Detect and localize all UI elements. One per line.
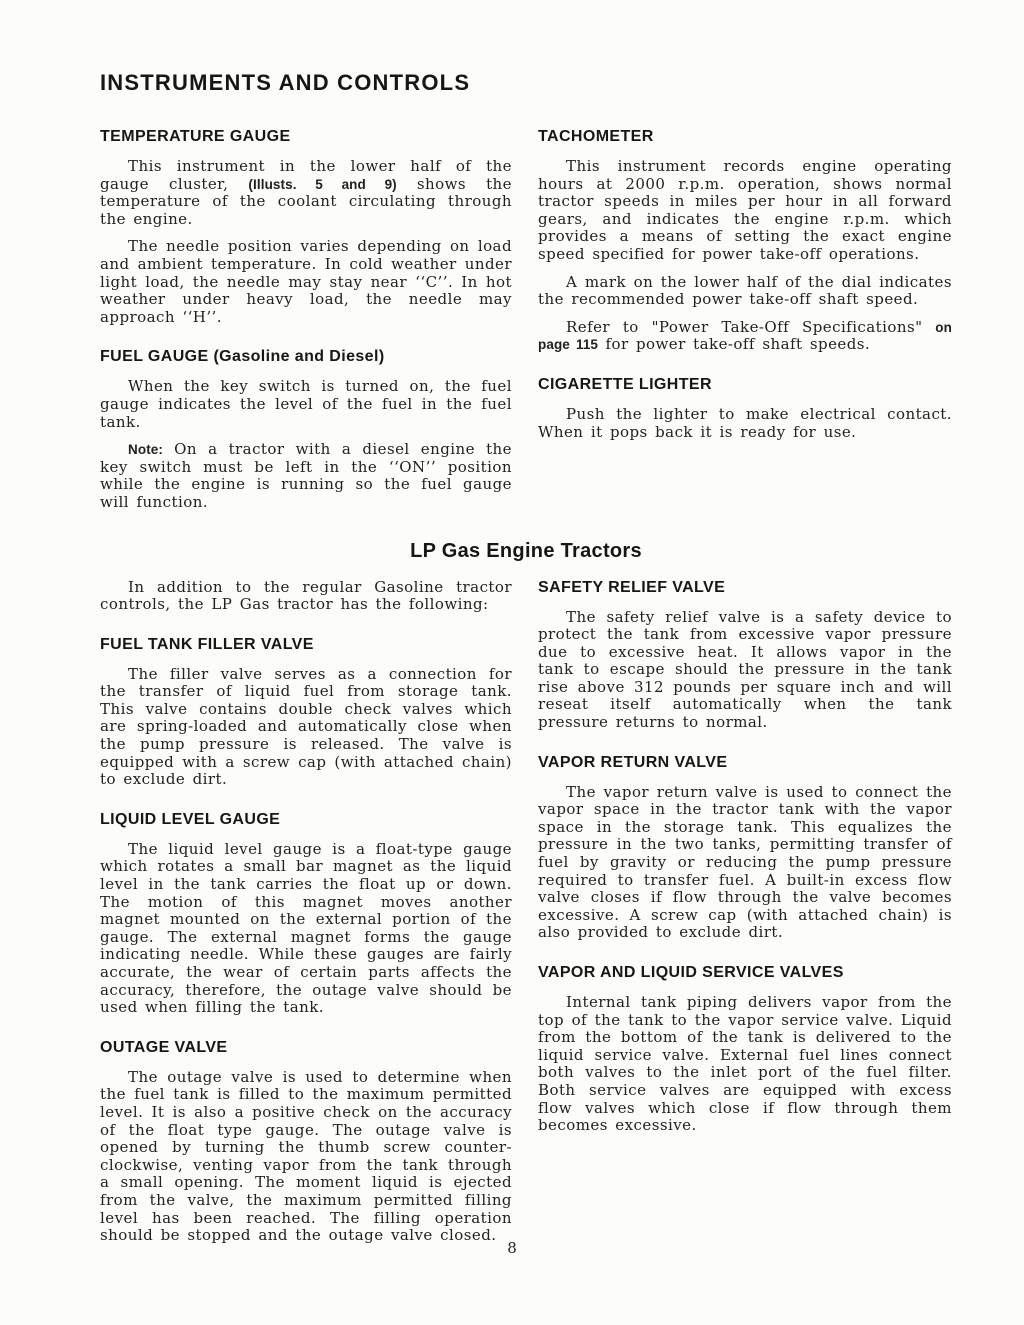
doc-section: OUTAGE VALVEThe outage valve is used to … — [100, 1039, 512, 1245]
section-heading: FUEL TANK FILLER VALVE — [100, 636, 512, 654]
top-right-column: TACHOMETERThis instrument records engine… — [538, 128, 952, 451]
lp-gas-section-heading: LP Gas Engine Tractors — [100, 540, 952, 563]
section-heading: SAFETY RELIEF VALVE — [538, 579, 952, 597]
paragraph: The safety relief valve is a safety devi… — [538, 609, 952, 732]
text-run: When the key switch is turned on, the fu… — [100, 377, 512, 430]
section-heading: TEMPERATURE GAUGE — [100, 128, 512, 146]
section-heading: LIQUID LEVEL GAUGE — [100, 811, 512, 829]
doc-section: In addition to the regular Gasoline trac… — [100, 579, 512, 614]
doc-section: VAPOR RETURN VALVEThe vapor return valve… — [538, 754, 952, 942]
paragraph: The vapor return valve is used to connec… — [538, 784, 952, 942]
paragraph: When the key switch is turned on, the fu… — [100, 378, 512, 431]
doc-section: FUEL GAUGE (Gasoline and Diesel)When the… — [100, 348, 512, 511]
paragraph: Note: On a tractor with a diesel engine … — [100, 441, 512, 511]
text-run: The outage valve is used to determine wh… — [100, 1068, 512, 1244]
bottom-right-column: SAFETY RELIEF VALVEThe safety relief val… — [538, 579, 952, 1145]
paragraph: Push the lighter to make electrical cont… — [538, 406, 952, 441]
text-run: The needle position varies depending on … — [100, 237, 512, 325]
emphasis-run: Note: — [128, 442, 163, 457]
text-run: The liquid level gauge is a float-type g… — [100, 840, 512, 1016]
paragraph: Internal tank piping delivers vapor from… — [538, 994, 952, 1135]
top-left-column: TEMPERATURE GAUGEThis instrument in the … — [100, 128, 512, 522]
text-run: This instrument records engine operating… — [538, 157, 952, 263]
text-run: Internal tank piping delivers vapor from… — [538, 993, 952, 1134]
page-content: INSTRUMENTS AND CONTROLS TEMPERATURE GAU… — [0, 0, 1024, 1255]
paragraph: The needle position varies depending on … — [100, 238, 512, 326]
doc-section: SAFETY RELIEF VALVEThe safety relief val… — [538, 579, 952, 732]
section-heading: FUEL GAUGE (Gasoline and Diesel) — [100, 348, 512, 366]
paragraph: Refer to "Power Take-Off Specifications"… — [538, 319, 952, 354]
page-title: INSTRUMENTS AND CONTROLS — [100, 70, 952, 96]
doc-section: TACHOMETERThis instrument records engine… — [538, 128, 952, 354]
text-run: Refer to "Power Take-Off Specifications" — [566, 318, 935, 336]
doc-section: TEMPERATURE GAUGEThis instrument in the … — [100, 128, 512, 326]
text-run: Push the lighter to make electrical cont… — [538, 405, 952, 441]
bottom-left-column: In addition to the regular Gasoline trac… — [100, 579, 512, 1255]
section-heading: VAPOR RETURN VALVE — [538, 754, 952, 772]
doc-section: CIGARETTE LIGHTERPush the lighter to mak… — [538, 376, 952, 441]
doc-section: VAPOR AND LIQUID SERVICE VALVESInternal … — [538, 964, 952, 1135]
section-heading: CIGARETTE LIGHTER — [538, 376, 952, 394]
paragraph: A mark on the lower half of the dial ind… — [538, 274, 952, 309]
paragraph: In addition to the regular Gasoline trac… — [100, 579, 512, 614]
top-columns: TEMPERATURE GAUGEThis instrument in the … — [100, 128, 952, 522]
bottom-columns: In addition to the regular Gasoline trac… — [100, 579, 952, 1255]
document-page: INSTRUMENTS AND CONTROLS TEMPERATURE GAU… — [0, 0, 1024, 1325]
paragraph: This instrument records engine operating… — [538, 158, 952, 264]
doc-section: LIQUID LEVEL GAUGEThe liquid level gauge… — [100, 811, 512, 1017]
text-run: The filler valve serves as a connection … — [100, 665, 512, 789]
text-run: for power take-off shaft speeds. — [598, 335, 870, 353]
text-run: A mark on the lower half of the dial ind… — [538, 273, 952, 309]
text-run: In addition to the regular Gasoline trac… — [100, 578, 512, 614]
paragraph: This instrument in the lower half of the… — [100, 158, 512, 228]
section-heading: TACHOMETER — [538, 128, 952, 146]
text-run: The vapor return valve is used to connec… — [538, 783, 952, 942]
paragraph: The filler valve serves as a connection … — [100, 666, 512, 789]
paragraph: The outage valve is used to determine wh… — [100, 1069, 512, 1245]
page-number: 8 — [0, 1239, 1024, 1257]
section-heading: OUTAGE VALVE — [100, 1039, 512, 1057]
section-heading: VAPOR AND LIQUID SERVICE VALVES — [538, 964, 952, 982]
text-run: The safety relief valve is a safety devi… — [538, 608, 952, 732]
emphasis-run: (Illusts. 5 and 9) — [248, 177, 396, 192]
paragraph: The liquid level gauge is a float-type g… — [100, 841, 512, 1017]
doc-section: FUEL TANK FILLER VALVEThe filler valve s… — [100, 636, 512, 789]
